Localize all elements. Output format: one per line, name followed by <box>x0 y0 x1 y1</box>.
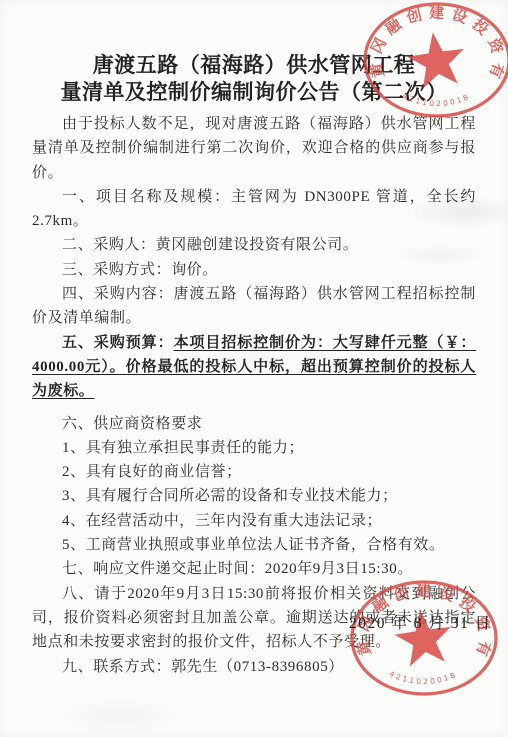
item-4-content: 四、采购内容：唐渡五路（福海路）供水管网工程招标控制价及清单编制。 <box>32 282 476 331</box>
qualification-1: 1、具有独立承担民事责任的能力； <box>32 436 476 460</box>
issue-date: 2020 年 8 月 31 日 <box>349 611 492 633</box>
item-1-project-name: 一、项目名称及规模：主管网为 DN300PE 管道，全长约 2.7km。 <box>32 185 476 234</box>
qualification-5: 5、工商营业执照或事业单位法人证书齐备，合格有效。 <box>32 533 476 557</box>
item-3-method: 三、采购方式：询价。 <box>32 258 476 282</box>
item-6-qualifications-heading: 六、供应商资格要求 <box>32 412 476 436</box>
star-icon <box>405 28 469 90</box>
item-5-budget-label: 五、采购预算： <box>62 335 174 351</box>
qualification-3: 3、具有履行合同所必需的设备和专业技术能力； <box>32 484 476 508</box>
scanned-document-page: 唐渡五路（福海路）供水管网工程 量清单及控制价编制询价公告（第二次） 由于投标人… <box>0 0 508 737</box>
company-seal-bottom: 黄冈融创建设投资有限公司 4211020018467 <box>339 568 508 708</box>
item-2-purchaser: 二、采购人：黄冈融创建设投资有限公司。 <box>32 233 476 257</box>
qualification-2: 2、具有良好的商业信誉； <box>32 460 476 484</box>
qualification-4: 4、在经营活动中，三年内没有重大违法记录； <box>32 509 476 533</box>
item-5-budget: 五、采购预算：本项目招标控制价为：大写肆仟元整（￥：4000.00元）。价格最低… <box>32 331 476 404</box>
company-seal-top: 黄冈融创建设投资有限公司 4211020018467 <box>352 0 508 130</box>
